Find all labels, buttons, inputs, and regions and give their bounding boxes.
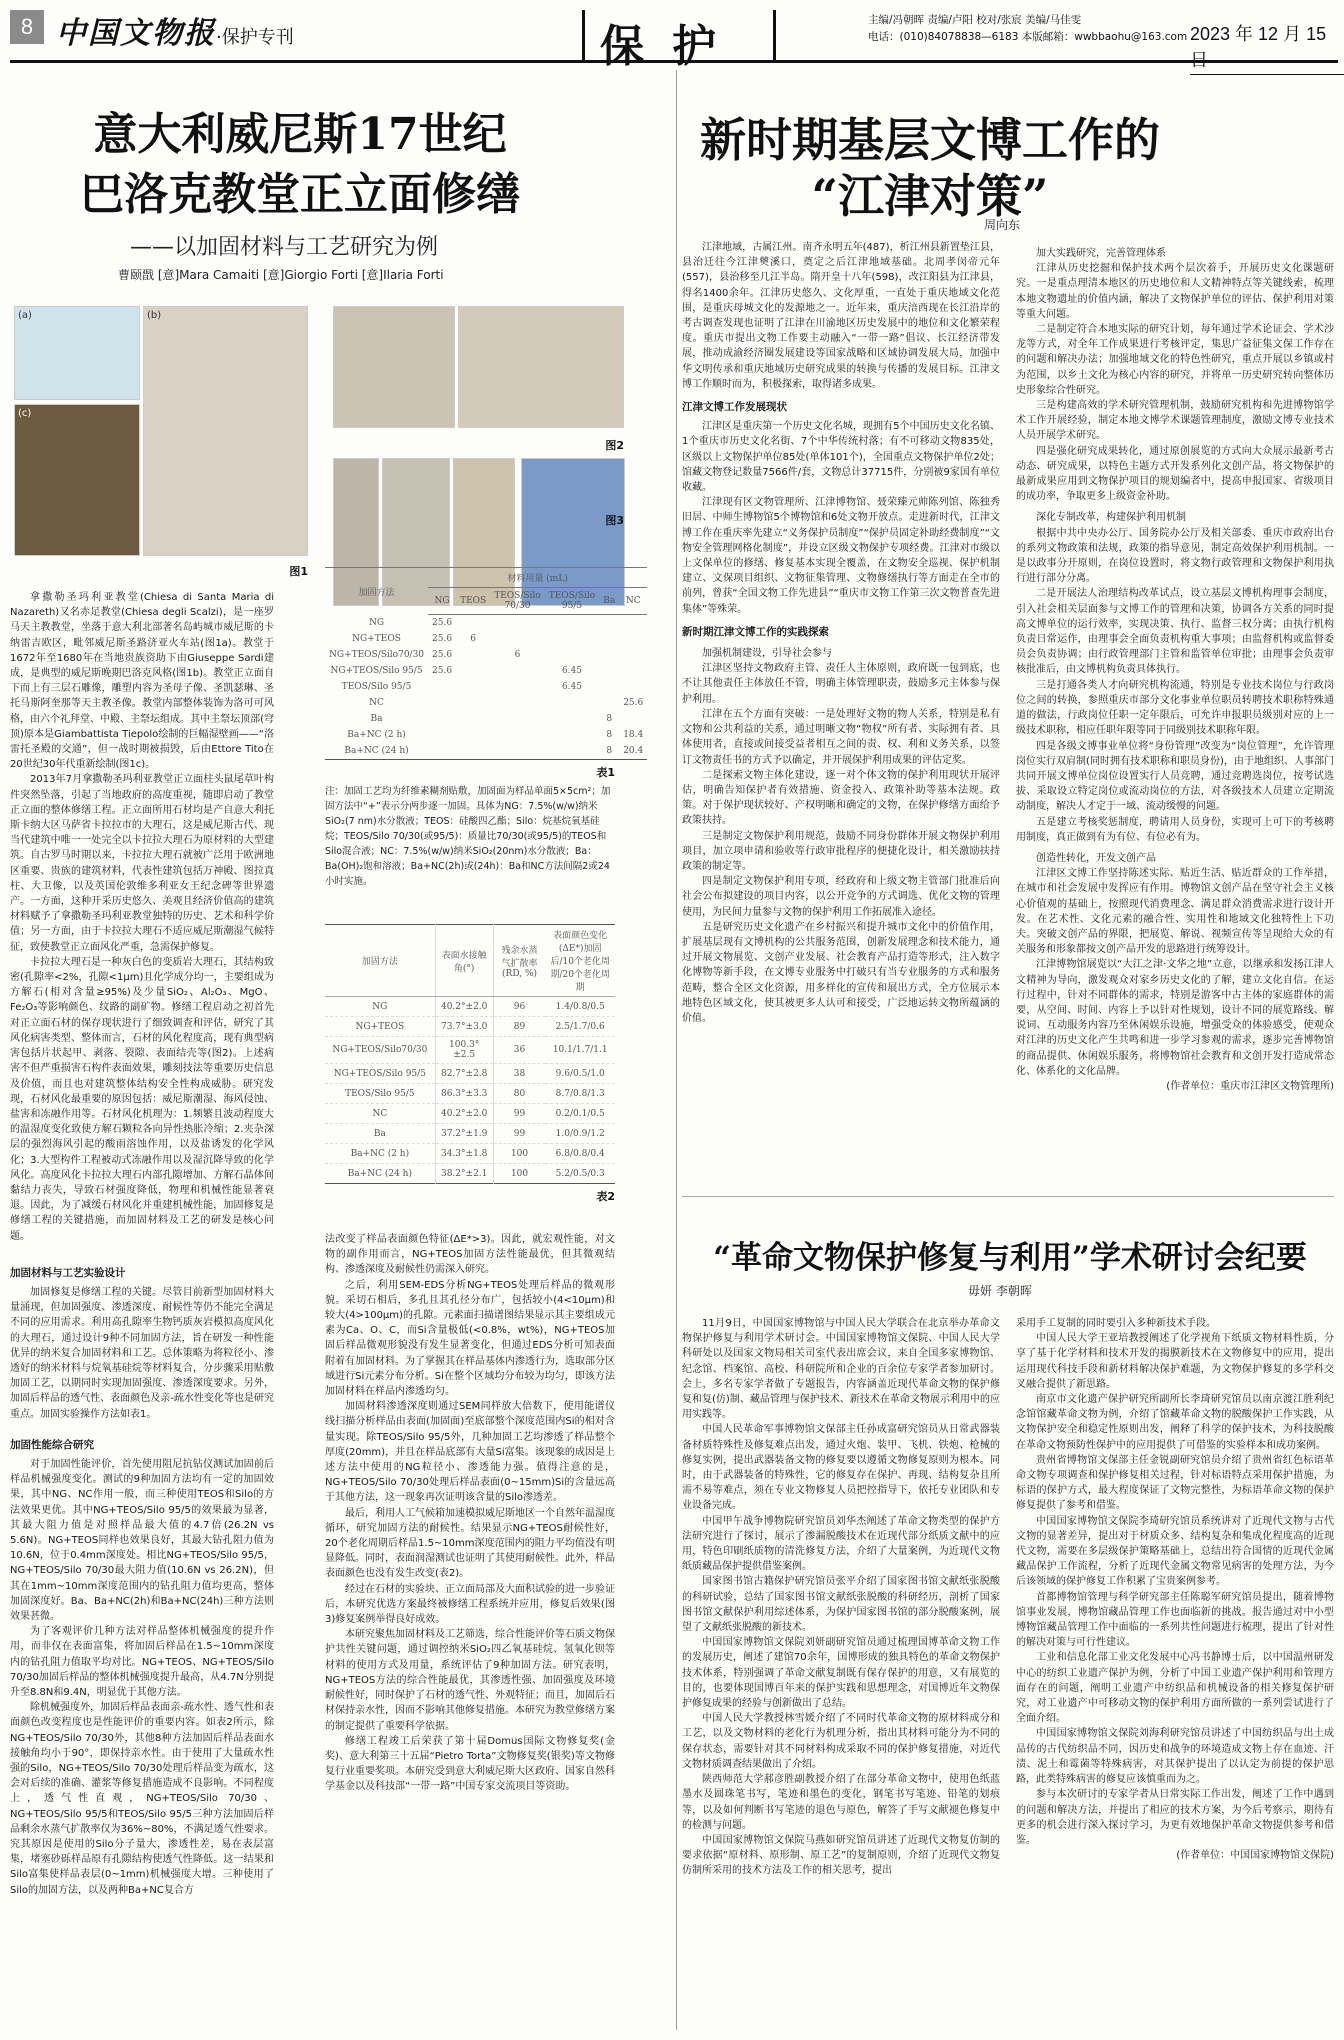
value-cell: 8	[599, 743, 619, 760]
newspaper-logo: 中国文物报·保护专刊	[56, 8, 294, 52]
method-cell: Ba+NC (2 h)	[325, 727, 428, 743]
table-cell: NG+TEOS/Silo70/30	[325, 1037, 435, 1064]
article-separator	[682, 1196, 1334, 1197]
paragraph: 五是建立考核奖惩制度，聘请用人员身份，实现可上可下的考核聘用制度，真正做到有为有…	[1016, 815, 1334, 845]
column-header: 表面颜色变化(ΔE*)加固后/10个老化周期/20个老化周期	[545, 925, 615, 997]
value-cell	[490, 743, 545, 760]
paragraph: 为了客观评价几种方法对样品整体机械强度的提升作用，而非仅在表面富集，将加固后样品…	[10, 1624, 274, 1700]
table-row: NG+TEOS25.66	[325, 631, 647, 647]
paragraph: 中国人民大学教授林雪媛介绍了不同时代革命文物的原材料成分和工艺，以及文物材料的老…	[682, 1711, 1000, 1772]
column-header: NC	[619, 588, 647, 615]
column-header: Ba	[599, 588, 619, 615]
paragraph: 二是探索文物主体化建设，逐一对个体文物的保护利用现状开展评估，明确告知保护者有效…	[682, 768, 1000, 829]
article-bottom-column-1: 11月9日，中国国家博物馆与中国人民大学联合在北京举办革命文物保护修复与利用学术…	[682, 1316, 1000, 1879]
table-1-method-header: 加固方法	[325, 568, 428, 615]
table-row: NC25.6	[325, 695, 647, 711]
method-cell: NC	[325, 695, 428, 711]
paragraph: 四是制定文物保护利用专项，经政府和上级文物主管部门批准后向社会公布拟建设的项目内…	[682, 874, 1000, 920]
value-cell: 6	[456, 631, 490, 647]
table-cell: TEOS/Silo 95/5	[325, 1084, 435, 1104]
table-cell: Ba+NC (24 h)	[325, 1164, 435, 1184]
paragraph: 中国国家博物馆文保院李琦研究馆员系统讲对了近现代文物与古代文物的显著差异，提出对…	[1016, 1514, 1334, 1590]
table-row: TEOS/Silo 95/586.3°±3.3808.7/0.8/1.3	[325, 1084, 615, 1104]
table-cell: 8.7/0.8/1.3	[545, 1084, 615, 1104]
paragraph: 采用手工复制的同时要引入多种新技术手段。	[1016, 1316, 1334, 1331]
article-right-byline: 周向东	[984, 216, 1020, 233]
article-left-subtitle: ——以加固材料与工艺研究为例	[130, 230, 438, 261]
panel-label: (a)	[18, 310, 32, 321]
value-cell	[456, 663, 490, 679]
page-column-divider	[676, 70, 677, 2030]
table-row: NG+TEOS/Silo 95/582.7°±2.8389.6/0.5/1.0	[325, 1064, 615, 1084]
method-cell: NG+TEOS/Silo70/30	[325, 647, 428, 663]
table-cell: 100	[493, 1144, 545, 1164]
table-cell: 37.2°±1.9	[435, 1124, 493, 1144]
value-cell	[599, 647, 619, 663]
subsection-heading: 加大实践研究，完善管理体系	[1016, 246, 1334, 261]
editorial-credits: 主编/冯朝晖 责编/卢阳 校对/张宸 美编/马佳雯 电话：(010)840788…	[868, 12, 1187, 46]
title-line-1: 意大利威尼斯17世纪	[20, 105, 580, 165]
article-bottom-byline: 毋妍 李朝晖	[968, 1282, 1032, 1299]
table-cell: 38	[493, 1064, 545, 1084]
paragraph: 四是强化研究成果转化，通过原创展览的方式向大众展示最新考古动态、研究成果，以特色…	[1016, 444, 1334, 505]
value-cell	[456, 615, 490, 632]
value-cell	[545, 631, 600, 647]
table-cell: 6.8/0.8/0.4	[545, 1144, 615, 1164]
value-cell: 8	[599, 711, 619, 727]
paragraph: 之后，利用SEM-EDS分析NG+TEOS处理后样品的微观形貌。采切石相后，多孔…	[325, 1278, 615, 1400]
paragraph: 除机械强度外，加固后样品表面亲-疏水性、透气性和表面颜色改变程度也是性能评价的重…	[10, 1700, 274, 1898]
paragraph: 江津区坚持文物政府主管、责任人主体原则，政府既一包到底，也不让其他责任主体放任不…	[682, 661, 1000, 707]
section-heading: 新时期江津文博工作的实践探索	[682, 625, 1000, 640]
value-cell	[456, 679, 490, 695]
column-header: TEOS/Silo 70/30	[490, 588, 545, 615]
value-cell: 6.45	[545, 663, 600, 679]
page-number: 8	[10, 10, 44, 44]
paragraph: 二是制定符合本地实际的研究计划，每年通过学术论证会、学术沙龙等方式，对全年工作成…	[1016, 322, 1334, 398]
paragraph: 中国人民革命军事博物馆文保部主任孙成富研究馆员从日常武器装备材质特殊性及修复难点…	[682, 1422, 1000, 1513]
table-2-caption: 表2	[325, 1188, 615, 1204]
value-cell	[456, 711, 490, 727]
table-row: NG25.6	[325, 615, 647, 632]
table-cell: 86.3°±3.3	[435, 1084, 493, 1104]
table-cell: 38.2°±2.1	[435, 1164, 493, 1184]
figure-1a-map: (a)	[14, 306, 140, 400]
paragraph: 江津地域，古属江州。南齐永明五年(487)，析江州县新置垫江县，县治迁往今江津僰…	[682, 240, 1000, 392]
paragraph: 法改变了样品表面颜色特征(ΔE*>3)。因此，就宏观性能，对文物的副作用而言，N…	[325, 1232, 615, 1278]
figure-2-stone-sample-b	[458, 306, 624, 428]
article-bottom-column-2: 采用手工复制的同时要引入多种新技术手段。中国人民大学王亚培教授阐述了化学视角下纸…	[1016, 1316, 1334, 1863]
paragraph: 二是开展法人治理结构改革试点，设立基层文博机构理事会制度，引入社会相关层面参与文…	[1016, 586, 1334, 677]
header-rule	[10, 60, 1338, 63]
paragraph: 中国人民大学王亚培教授阐述了化学视角下纸质文物材料性质，分享了基于化学材料和技术…	[1016, 1331, 1334, 1392]
table-row: TEOS/Silo 95/56.45	[325, 679, 647, 695]
paragraph: 中国甲午战争博物院研究馆员刘华杰阐述了革命文物类型的保护方法研究进行了探讨，展示…	[682, 1514, 1000, 1575]
value-cell: 6	[490, 647, 545, 663]
article-right-column-2: 加大实践研究，完善管理体系江津从历史挖掘和保护技术两个层次着手，开展历史文化课题…	[1016, 240, 1334, 1094]
table-row: NC40.2°±2.0990.2/0.1/0.5	[325, 1104, 615, 1124]
value-cell	[619, 663, 647, 679]
article-left-title: 意大利威尼斯17世纪 巴洛克教堂正立面修缮	[20, 105, 580, 225]
table-1-caption: 表1	[325, 764, 615, 780]
article-left-column-1: 拿撒勒圣玛利亚教堂(Chiesa di Santa Maria di Nazar…	[10, 590, 274, 1898]
paragraph: 首都博物馆管理与科学研究部主任陈聪军研究馆员提出，随着博物馆事业发展，博物馆藏品…	[1016, 1590, 1334, 1651]
figure-2-label: 图2	[596, 437, 624, 453]
table-cell: NG+TEOS	[325, 1017, 435, 1037]
table-cell: 34.3°±1.8	[435, 1144, 493, 1164]
value-cell	[619, 647, 647, 663]
value-cell	[428, 695, 456, 711]
title-line-1: 新时期基层文博工作的	[690, 112, 1170, 168]
value-cell	[456, 647, 490, 663]
table-2: 加固方法 表面水接触角(°) 残余水蒸气扩散率(RD, %) 表面颜色变化(ΔE…	[325, 924, 615, 1204]
column-header: TEOS	[456, 588, 490, 615]
value-cell	[619, 615, 647, 632]
value-cell	[428, 711, 456, 727]
figure-1b-facade: (b)	[143, 306, 308, 556]
article-right-title: 新时期基层文博工作的 “江津对策”	[690, 112, 1170, 224]
paragraph: 南京市文化遗产保护研究所副所长李琦研究馆员以南京渡江胜利纪念馆馆藏革命文物为例，…	[1016, 1392, 1334, 1453]
paragraph: 中国国家博物馆文保院刘海利研究馆员讲述了中国纺织品与出土成品传的古代纺织品不同，…	[1016, 1726, 1334, 1787]
paragraph: 国家图书馆古籍保护研究馆员张平介绍了国家图书馆文献纸张脱酸的科研试验，总结了国家…	[682, 1574, 1000, 1635]
value-cell: 25.6	[428, 663, 456, 679]
value-cell	[619, 631, 647, 647]
author-affiliation: (作者单位：重庆市江津区文物管理所)	[1016, 1079, 1334, 1094]
paper-subtitle: ·保护专刊	[216, 27, 294, 48]
method-cell: NG+TEOS	[325, 631, 428, 647]
issue-date: 2023 年 12 月 15 日	[1190, 20, 1344, 75]
figure-1c-interior: (c)	[14, 404, 140, 556]
value-cell	[490, 663, 545, 679]
paragraph: 江津区文博工作坚持陈述实际、贴近生活、贴近群众的工作举措，在城市和社会发展中发挥…	[1016, 866, 1334, 957]
value-cell	[619, 711, 647, 727]
table-cell: 100.3°±2.5	[435, 1037, 493, 1064]
table-1: 加固方法 材料用量 (mL) NG TEOS TEOS/Silo 70/30 T…	[325, 567, 615, 889]
paragraph: 江津博物馆展览以“大江之津·文华之地”立意，以继承和发扬江津人文精神为导向，激发…	[1016, 957, 1334, 1079]
value-cell	[545, 695, 600, 711]
table-cell: NC	[325, 1104, 435, 1124]
table-cell: 80	[493, 1084, 545, 1104]
table-cell: 10.1/1.7/1.1	[545, 1037, 615, 1064]
table-cell: 82.7°±2.8	[435, 1064, 493, 1084]
table-cell: Ba	[325, 1124, 435, 1144]
value-cell: 8	[599, 727, 619, 743]
figure-2-stone-sample-a	[333, 306, 455, 428]
paragraph: 修缮工程竣工后荣获了第十届Domus国际文物修复奖(金奖)、意大利第三十五届“P…	[325, 1734, 615, 1795]
paragraph: 拿撒勒圣玛利亚教堂(Chiesa di Santa Maria di Nazar…	[10, 590, 274, 772]
figure-1-label: 图1	[280, 563, 308, 579]
paragraph: 参与本次研讨的专家学者从日常实际工作出发，阐述了工作中遇到的问题和解决方法，并提…	[1016, 1787, 1334, 1848]
value-cell	[428, 743, 456, 760]
paper-name: 中国文物报	[56, 16, 216, 51]
table-row: NG+TEOS/Silo70/30100.3°±2.53610.1/1.7/1.…	[325, 1037, 615, 1064]
value-cell	[599, 679, 619, 695]
column-header: TEOS/Silo 95/5	[545, 588, 600, 615]
table-cell: Ba+NC (2 h)	[325, 1144, 435, 1164]
table-cell: 36	[493, 1037, 545, 1064]
paragraph: 加固修复是修缮工程的关键。尽管目前新型加固材料大量涌现，但加固强度、渗透深度、耐…	[10, 1285, 274, 1422]
value-cell	[545, 727, 600, 743]
table-1-group-header: 材料用量 (mL)	[428, 568, 647, 588]
paragraph: 本研究聚焦加固材料及工艺筛选，综合性能评价等石质文物保护共性关键问题，通过调控纳…	[325, 1627, 615, 1733]
table-cell: 96	[493, 997, 545, 1017]
value-cell	[490, 711, 545, 727]
panel-label: (c)	[18, 408, 31, 419]
table-row: NG+TEOS/Silo 95/525.66.45	[325, 663, 647, 679]
table-row: Ba+NC (2 h)34.3°±1.81006.8/0.8/0.4	[325, 1144, 615, 1164]
paragraph: 11月9日，中国国家博物馆与中国人民大学联合在北京举办革命文物保护修复与利用学术…	[682, 1316, 1000, 1422]
value-cell	[545, 647, 600, 663]
value-cell: 18.4	[619, 727, 647, 743]
value-cell	[490, 679, 545, 695]
credits-staff: 主编/冯朝晖 责编/卢阳 校对/张宸 美编/马佳雯	[868, 12, 1187, 29]
table-cell: 0.2/0.1/0.5	[545, 1104, 615, 1124]
value-cell	[599, 615, 619, 632]
figure-3-label: 图3	[596, 512, 624, 528]
paragraph: 四是各级文博事业单位将“身份管理”改变为“岗位管理”，允许管理岗位实行双肩制(同…	[1016, 739, 1334, 815]
subsection-heading: 加强机制建设，引导社会参与	[682, 646, 1000, 661]
section-heading: 加固性能综合研究	[10, 1438, 274, 1453]
value-cell	[456, 727, 490, 743]
credits-contact: 电话：(010)84078838—6183 本版邮箱：wwbbaohu@163.…	[868, 29, 1187, 46]
section-heading: 加固材料与工艺实验设计	[10, 1266, 274, 1281]
table-row: NG+TEOS73.7°±3.0892.5/1.7/0.6	[325, 1017, 615, 1037]
value-cell: 20.4	[619, 743, 647, 760]
paragraph: 三是制定文物保护利用规范，鼓励不同身份群体开展文物保护利用项目，加立项申请和验收…	[682, 829, 1000, 875]
paragraph: 五是研究历史文化遗产在乡村振兴和提升城市文化中的价值作用，扩展基层现有文博机构的…	[682, 920, 1000, 1026]
paragraph: 江津现有区文物管理所、江津博物馆、聂荣臻元帅陈列馆、陈独秀旧居、中师生博物馆5个…	[682, 495, 1000, 617]
section-divider-left	[582, 10, 585, 60]
method-cell: Ba	[325, 711, 428, 727]
table-cell: 1.0/0.9/1.2	[545, 1124, 615, 1144]
value-cell	[599, 631, 619, 647]
title-line-2: 巴洛克教堂正立面修缮	[20, 165, 580, 225]
subsection-heading: 深化专制改革，构建保护利用机制	[1016, 510, 1334, 525]
method-cell: NG+TEOS/Silo 95/5	[325, 663, 428, 679]
table-cell: 99	[493, 1124, 545, 1144]
table-1-note: 注：加固工艺均为纤维素糊剂贴敷，加固面为样品单面5×5cm²；加固方法中“+”表…	[325, 784, 615, 889]
table-cell: 5.2/0.5/0.3	[545, 1164, 615, 1184]
table-cell: 89	[493, 1017, 545, 1037]
paragraph: 江津区是重庆第一个历史文化名城，现拥有5个中国历史文化名镇、1个重庆市历史文化名…	[682, 419, 1000, 495]
title-line-2: “江津对策”	[690, 168, 1170, 224]
table-cell: 100	[493, 1164, 545, 1184]
value-cell	[428, 727, 456, 743]
table-cell: 1.4/0.8/0.5	[545, 997, 615, 1017]
subsection-heading: 创造性转化，开发文创产品	[1016, 851, 1334, 866]
paragraph: 最后，利用人工气候箱加速模拟威尼斯地区一个自然年温湿度循环，研究加固方法的耐候性…	[325, 1506, 615, 1582]
column-header: 残余水蒸气扩散率(RD, %)	[493, 925, 545, 997]
article-right-column-1: 江津地域，古属江州。南齐永明五年(487)，析江州县新置垫江县，县治迁往今江津僰…	[682, 240, 1000, 1026]
column-header: NG	[428, 588, 456, 615]
value-cell: 25.6	[428, 631, 456, 647]
paragraph: 卡拉拉大理石是一种灰白色的变质岩大理石，其结构致密(孔隙率<2%，孔隙<1μm)…	[10, 955, 274, 1244]
table-row: NG+TEOS/Silo70/3025.66	[325, 647, 647, 663]
table-cell: 2.5/1.7/0.6	[545, 1017, 615, 1037]
value-cell	[599, 695, 619, 711]
table-cell: NG+TEOS/Silo 95/5	[325, 1064, 435, 1084]
paragraph: 陕西师范大学郝彦胜副教授介绍了在部分革命文物中，使用色纸蓝墨水及圆珠笔书写，笔迹…	[682, 1772, 1000, 1833]
table-cell: 40.2°±2.0	[435, 1104, 493, 1124]
paragraph: 江津在五个方面有突破：一是处理好文物的物人关系，特别是私有文物和公共利益的关系，…	[682, 707, 1000, 768]
paragraph: 三是打通各类人才向研究机构流通，特别是专业技术岗位与行政岗位之间的转换，参照重庆…	[1016, 678, 1334, 739]
section-divider-right	[773, 10, 776, 60]
value-cell	[545, 711, 600, 727]
value-cell	[599, 663, 619, 679]
paragraph: 三是构建高效的学术研究管理机制，鼓励研究机构和先进博物馆学术工作开展经验，制定本…	[1016, 398, 1334, 444]
value-cell: 6.45	[545, 679, 600, 695]
value-cell	[490, 695, 545, 711]
value-cell: 25.6	[428, 615, 456, 632]
paragraph: 中国国家博物馆文保院马燕如研究馆员讲述了近现代文物复仿制的要求依据“原材料、原形…	[682, 1833, 1000, 1879]
paragraph: 经过在石材的实验块、正立面局部及大面积试验的进一步验证后，本研究优选方案最终被修…	[325, 1582, 615, 1628]
paragraph: 贵州省博物馆文保部主任金锐副研究馆员介绍了贵州省红色标语革命文物专项调查和保护修…	[1016, 1453, 1334, 1514]
paragraph: 对于加固性能评价，首先使用阻尼抗钻仪测试加固前后样品机械强度变化。测试的9种加固…	[10, 1457, 274, 1624]
value-cell	[545, 743, 600, 760]
table-cell: NG	[325, 997, 435, 1017]
method-cell: Ba+NC (24 h)	[325, 743, 428, 760]
section-heading: 江津文博工作发展现状	[682, 400, 1000, 415]
paragraph: 加固材料渗透深度则通过SEM同样放大倍数下，使用能谱仪线扫描分析样品由表面(加固…	[325, 1399, 615, 1505]
paragraph: 2013年7月拿撒勒圣玛利亚教堂正立面柱头鼠尾草叶构件突然坠落，引起了当地政府的…	[10, 772, 274, 954]
table-row: Ba37.2°±1.9991.0/0.9/1.2	[325, 1124, 615, 1144]
method-cell: TEOS/Silo 95/5	[325, 679, 428, 695]
table-row: Ba+NC (2 h)818.4	[325, 727, 647, 743]
article-left-byline: 曹颐戬 [意]Mara Camaiti [意]Giorgio Forti [意]…	[118, 266, 444, 283]
paragraph: 中国国家博物馆文保院刘妍副研究馆员通过梳理国博革命文物工作的发展历史，阐述了建馆…	[682, 1635, 1000, 1711]
article-left-column-2: 法改变了样品表面颜色特征(ΔE*>3)。因此，就宏观性能，对文物的副作用而言，N…	[325, 1232, 615, 1795]
column-header: 加固方法	[325, 925, 435, 997]
value-cell: 25.6	[428, 647, 456, 663]
method-cell: NG	[325, 615, 428, 632]
value-cell	[456, 743, 490, 760]
article-bottom-title: “革命文物保护修复与利用”学术研讨会纪要	[690, 1232, 1330, 1277]
table-cell: 73.7°±3.0	[435, 1017, 493, 1037]
table-row: Ba8	[325, 711, 647, 727]
paragraph: 工业和信息化部工业文化发展中心冯书静博士后，以中国温州研发中心的纺织工业遗产保护…	[1016, 1650, 1334, 1726]
table-row: NG40.2°±2.0961.4/0.8/0.5	[325, 997, 615, 1017]
value-cell: 25.6	[619, 695, 647, 711]
table-cell: 9.6/0.5/1.0	[545, 1064, 615, 1084]
value-cell	[619, 679, 647, 695]
table-row: Ba+NC (24 h)38.2°±2.11005.2/0.5/0.3	[325, 1164, 615, 1184]
section-title: 保护	[600, 10, 744, 74]
value-cell	[545, 615, 600, 632]
value-cell	[490, 727, 545, 743]
panel-label: (b)	[147, 310, 161, 321]
author-affiliation: (作者单位：中国国家博物馆文保院)	[1016, 1848, 1334, 1863]
column-header: 表面水接触角(°)	[435, 925, 493, 997]
paragraph: 根据中共中央办公厅、国务院办公厅及相关部委、重庆市政府出台的系列文物政策和法规，…	[1016, 526, 1334, 587]
value-cell	[428, 679, 456, 695]
table-row: Ba+NC (24 h)820.4	[325, 743, 647, 760]
table-cell: 99	[493, 1104, 545, 1124]
value-cell	[490, 615, 545, 632]
value-cell	[456, 695, 490, 711]
value-cell	[490, 631, 545, 647]
paragraph: 江津从历史挖掘和保护技术两个层次着手，开展历史文化课题研究。一是重点理清本地区的…	[1016, 261, 1334, 322]
table-cell: 40.2°±2.0	[435, 997, 493, 1017]
